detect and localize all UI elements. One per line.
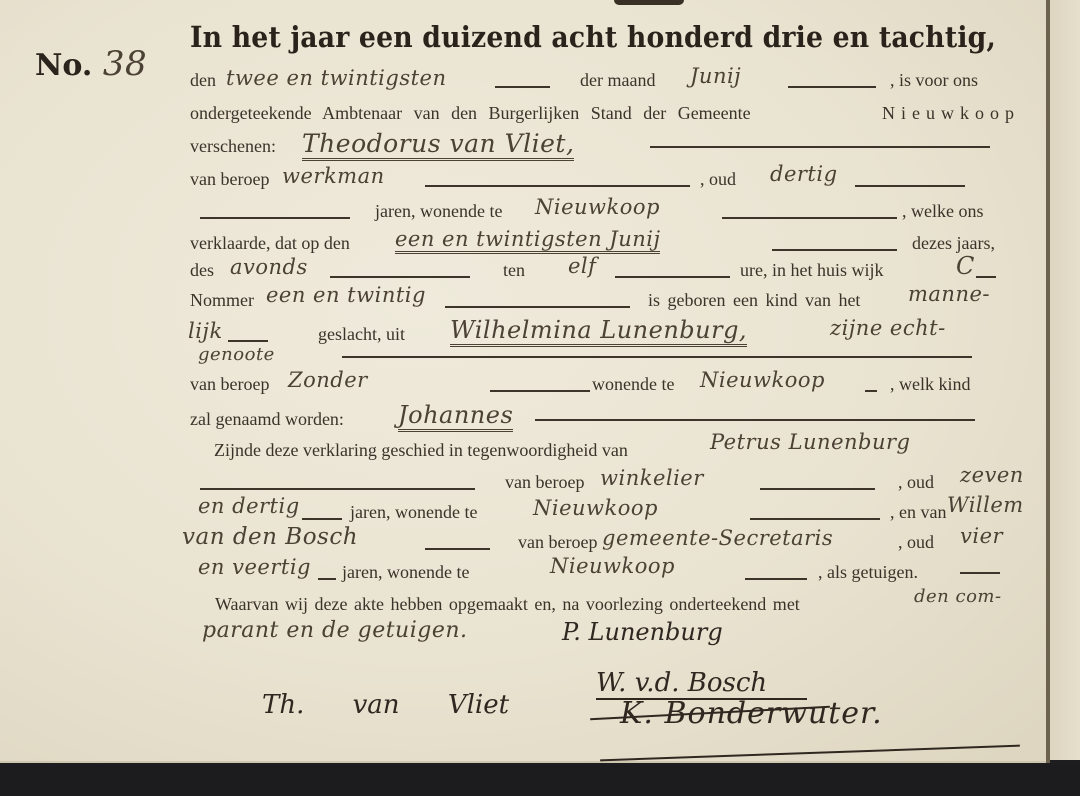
line-mother: lijk geslacht, uit Wilhelmina Lunenburg,… xyxy=(190,322,1002,348)
printed-text: ondergeteekende Ambtenaar van den Burger… xyxy=(190,103,751,124)
municipality: Nieuwkoop xyxy=(882,103,1020,124)
line-witness1-occupation: van beroep winkelier , oud zeven xyxy=(190,470,1002,496)
ink-stain xyxy=(614,0,684,5)
printed-text: , als getuigen. xyxy=(818,562,918,583)
printed-text: , oud xyxy=(700,169,736,190)
handwritten-spouse-part1: zijne echt- xyxy=(830,316,946,340)
handwritten-hour: elf xyxy=(568,254,596,278)
printed-text: van beroep xyxy=(190,374,269,395)
handwritten-comparant-part2: parant en de getuigen. xyxy=(202,618,468,643)
handwritten-occupation: werkman xyxy=(282,164,385,188)
handwritten-witness2-occupation: gemeente-Secretaris xyxy=(602,526,833,550)
handwritten-witness1-age-part2: en dertig xyxy=(198,494,300,518)
printed-text: den xyxy=(190,70,216,91)
certificate-page: No. 38 In het jaar een duizend acht hond… xyxy=(0,0,1048,763)
handwritten-residence: Nieuwkoop xyxy=(535,195,660,219)
handwritten-witness1-occupation: winkelier xyxy=(600,466,704,490)
signature-registrar: K. Bonderwuter. xyxy=(620,696,883,731)
handwritten-day: twee en twintigsten xyxy=(226,66,447,90)
handwritten-witness2-first-name: Willem xyxy=(947,493,1024,517)
registrar-underline xyxy=(600,745,1020,761)
line-witness2-residence: en veertig jaren, wonende te Nieuwkoop ,… xyxy=(190,560,1002,586)
handwritten-witness2-age: vier xyxy=(960,524,1003,548)
line-date: den twee en twintigsten der maand Junij … xyxy=(190,68,1002,94)
printed-text: , is voor ons xyxy=(890,70,978,91)
printed-text: , welke ons xyxy=(902,201,983,222)
printed-text: , oud xyxy=(898,532,934,553)
handwritten-sex-part1: manne- xyxy=(908,282,990,306)
handwritten-mother-residence: Nieuwkoop xyxy=(700,368,825,392)
handwritten-witness1-name: Petrus Lunenburg xyxy=(710,430,910,454)
record-number: No. 38 xyxy=(35,44,147,84)
handwritten-witness2-age-part2: en veertig xyxy=(198,555,311,579)
printed-text: verschenen: xyxy=(190,136,276,157)
printed-text: jaren, wonende te xyxy=(350,502,477,523)
handwritten-witness2-surname: van den Bosch xyxy=(182,524,358,550)
printed-text: des xyxy=(190,260,214,281)
handwritten-birth-date: een en twintigsten Junij xyxy=(395,227,660,254)
printed-text: jaren, wonende te xyxy=(342,562,469,583)
printed-text: der maand xyxy=(580,70,655,91)
line-birth-time: des avonds ten elf ure, in het huis wijk… xyxy=(190,258,1002,284)
handwritten-comparant-part1: den com- xyxy=(914,586,1002,607)
printed-text: ure, in het huis wijk xyxy=(740,260,883,281)
handwritten-witness1-residence: Nieuwkoop xyxy=(533,496,658,520)
handwritten-time-of-day: avonds xyxy=(230,255,308,279)
line-appeared: verschenen: Theodorus van Vliet, xyxy=(190,134,1002,160)
printed-text: van beroep xyxy=(518,532,597,553)
signature-witness1: P. Lunenburg xyxy=(562,618,723,646)
adjacent-page-edge xyxy=(1050,0,1080,760)
handwritten-witness2-residence: Nieuwkoop xyxy=(550,554,675,578)
line-house-number: Nommer een en twintig is geboren een kin… xyxy=(190,288,1002,314)
line-witness1-residence: en dertig jaren, wonende te Nieuwkoop , … xyxy=(190,500,1002,526)
printed-text: ten xyxy=(503,260,525,281)
handwritten-mother-name: Wilhelmina Lunenburg, xyxy=(450,316,747,347)
printed-text: , oud xyxy=(898,472,934,493)
handwritten-child-name: Johannes xyxy=(398,401,513,432)
scan-background xyxy=(0,765,1080,796)
printed-text: van beroep xyxy=(190,169,269,190)
handwritten-month: Junij xyxy=(690,64,741,88)
line-residence: jaren, wonende te Nieuwkoop , welke ons xyxy=(190,199,1002,225)
handwritten-witness1-age: zeven xyxy=(960,463,1024,487)
line-father-occupation: van beroep werkman , oud dertig xyxy=(190,167,1002,193)
printed-text: Waarvan wij deze akte hebben opgemaakt e… xyxy=(215,594,800,615)
number-value: 38 xyxy=(103,44,147,84)
certificate-title: In het jaar een duizend acht honderd dri… xyxy=(190,20,996,54)
line-mother-occupation: van beroep Zonder wonende te Nieuwkoop ,… xyxy=(190,372,1002,398)
printed-text: van beroep xyxy=(505,472,584,493)
printed-text: Nommer xyxy=(190,290,254,311)
printed-text: jaren, wonende te xyxy=(375,201,502,222)
line-official: ondergeteekende Ambtenaar van den Burger… xyxy=(190,101,1002,127)
number-label: No. xyxy=(35,48,92,83)
printed-text: , en van xyxy=(890,502,946,523)
handwritten-father-name: Theodorus van Vliet, xyxy=(302,129,574,161)
printed-text: verklaarde, dat op den xyxy=(190,233,350,254)
printed-text: dezes jaars, xyxy=(912,233,995,254)
line-witness2: van den Bosch van beroep gemeente-Secret… xyxy=(190,530,1002,556)
printed-text: geslacht, uit xyxy=(318,324,405,345)
handwritten-sex-part2: lijk xyxy=(188,319,223,343)
printed-text: , welk kind xyxy=(890,374,971,395)
printed-text: wonende te xyxy=(592,374,674,395)
printed-text: is geboren een kind van het xyxy=(648,290,860,311)
line-signed: Waarvan wij deze akte hebben opgemaakt e… xyxy=(190,592,1002,618)
line-witnesses-intro: Zijnde deze verklaring geschied in tegen… xyxy=(190,438,1002,464)
handwritten-ward: C xyxy=(956,252,975,280)
printed-text: Zijnde deze verklaring geschied in tegen… xyxy=(214,440,628,461)
handwritten-house-number: een en twintig xyxy=(266,283,426,307)
printed-text: zal genaamd worden: xyxy=(190,409,344,430)
signature-father: Th. van Vliet xyxy=(262,690,509,720)
handwritten-mother-occupation: Zonder xyxy=(288,368,368,392)
handwritten-age: dertig xyxy=(770,162,838,186)
handwritten-spouse-part2: genoote xyxy=(198,344,275,365)
